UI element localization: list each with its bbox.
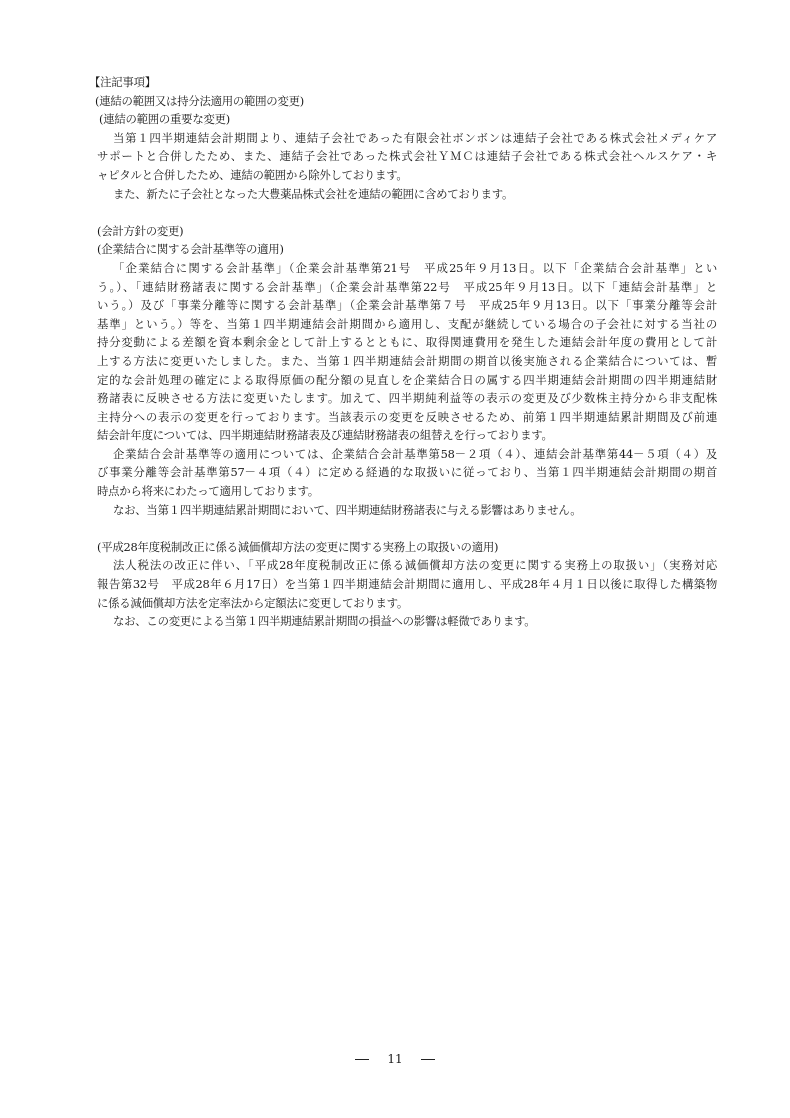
accounting-policy-subheading: (企業結合に関する会計基準等の適用)	[89, 240, 717, 259]
section-title: 【注記事項】	[89, 73, 717, 92]
text-line: 「企業結合に関する会計基準」（企業会計基準第21号 平成25年９月13日。以下「…	[89, 259, 717, 278]
dash-right	[421, 1059, 435, 1060]
accounting-policy-paragraph-2: 企業結合会計基準等の適用については、企業結合会計基準第58－２項（４）、連結会計…	[89, 445, 717, 501]
notes-content: 【注記事項】 (連結の範囲又は持分法適用の範囲の変更) (連結の範囲の重要な変更…	[89, 73, 717, 631]
document-page: 【注記事項】 (連結の範囲又は持分法適用の範囲の変更) (連結の範囲の重要な変更…	[0, 0, 790, 1118]
text-line: び事業分離等会計基準第57－４項（４）に定める経過的な取扱いに従っており、当第１…	[89, 463, 717, 482]
text-line: 結会計年度については、四半期連結財務諸表及び連結財務諸表の組替えを行っております…	[89, 426, 717, 445]
scope-change-heading: (連結の範囲又は持分法適用の範囲の変更)	[89, 92, 717, 111]
text-line: 時点から将来にわたって適用しております。	[89, 482, 717, 501]
depreciation-paragraph-1: 法人税法の改正に伴い、「平成28年度税制改正に係る減価償却方法の変更に関する実務…	[89, 556, 717, 612]
text-line: また、新たに子会社となった大豊薬品株式会社を連結の範囲に含めております。	[89, 185, 717, 204]
scope-change-paragraph-1: 当第１四半期連結会計期間より、連結子会社であった有限会社ボンボンは連結子会社であ…	[89, 129, 717, 185]
text-line: いう。）及び「事業分離等に関する会計基準」（企業会計基準第７号 平成25年９月1…	[89, 296, 717, 315]
text-line: なお、この変更による当第１四半期連結累計期間の損益への影響は軽微であります。	[89, 612, 717, 631]
accounting-policy-heading: (会計方針の変更)	[89, 222, 717, 241]
text-line: 持分変動による差額を資本剰余金として計上するとともに、取得関連費用を発生した連結…	[89, 333, 717, 352]
page-number: 11	[387, 1052, 402, 1066]
text-line: 主持分への表示の変更を行っております。当該表示の変更を反映させるため、前第１四半…	[89, 408, 717, 427]
depreciation-heading: (平成28年度税制改正に係る減価償却方法の変更に関する実務上の取扱いの適用)	[89, 538, 717, 557]
scope-change-subheading: (連結の範囲の重要な変更)	[89, 110, 717, 129]
text-line: なお、当第１四半期連結累計期間において、四半期連結財務諸表に与える影響はありませ…	[89, 501, 717, 520]
text-line: サポートと合併したため、また、連結子会社であった株式会社ＹＭＣは連結子会社である…	[89, 147, 717, 166]
text-line: 報告第32号 平成28年６月17日）を当第１四半期連結会計期間に適用し、平成28…	[89, 575, 717, 594]
dash-left	[355, 1059, 369, 1060]
spacer	[89, 519, 717, 538]
page-footer: 11	[0, 1052, 790, 1066]
text-line: 基準」という。）等を、当第１四半期連結会計期間から適用し、支配が継続している場合…	[89, 315, 717, 334]
text-line: ャピタルと合併したため、連結の範囲から除外しております。	[89, 166, 717, 185]
text-line: 法人税法の改正に伴い、「平成28年度税制改正に係る減価償却方法の変更に関する実務…	[89, 556, 717, 575]
text-line: 上する方法に変更いたしました。また、当第１四半期連結会計期間の期首以後実施される…	[89, 352, 717, 371]
text-line: う。）、「連結財務諸表に関する会計基準」（企業会計基準第22号 平成25年９月1…	[89, 278, 717, 297]
accounting-policy-paragraph-1: 「企業結合に関する会計基準」（企業会計基準第21号 平成25年９月13日。以下「…	[89, 259, 717, 445]
text-line: 企業結合会計基準等の適用については、企業結合会計基準第58－２項（４）、連結会計…	[89, 445, 717, 464]
spacer	[89, 203, 717, 222]
accounting-policy-paragraph-3: なお、当第１四半期連結累計期間において、四半期連結財務諸表に与える影響はありませ…	[89, 501, 717, 520]
depreciation-paragraph-2: なお、この変更による当第１四半期連結累計期間の損益への影響は軽微であります。	[89, 612, 717, 631]
text-line: 務諸表に反映させる方法に変更いたします。加えて、四半期純利益等の表示の変更及び少…	[89, 389, 717, 408]
text-line: に係る減価償却方法を定率法から定額法に変更しております。	[89, 594, 717, 613]
text-line: 定的な会計処理の確定による取得原価の配分額の見直しを企業結合日の属する四半期連結…	[89, 371, 717, 390]
text-line: 当第１四半期連結会計期間より、連結子会社であった有限会社ボンボンは連結子会社であ…	[89, 129, 717, 148]
scope-change-paragraph-2: また、新たに子会社となった大豊薬品株式会社を連結の範囲に含めております。	[89, 185, 717, 204]
